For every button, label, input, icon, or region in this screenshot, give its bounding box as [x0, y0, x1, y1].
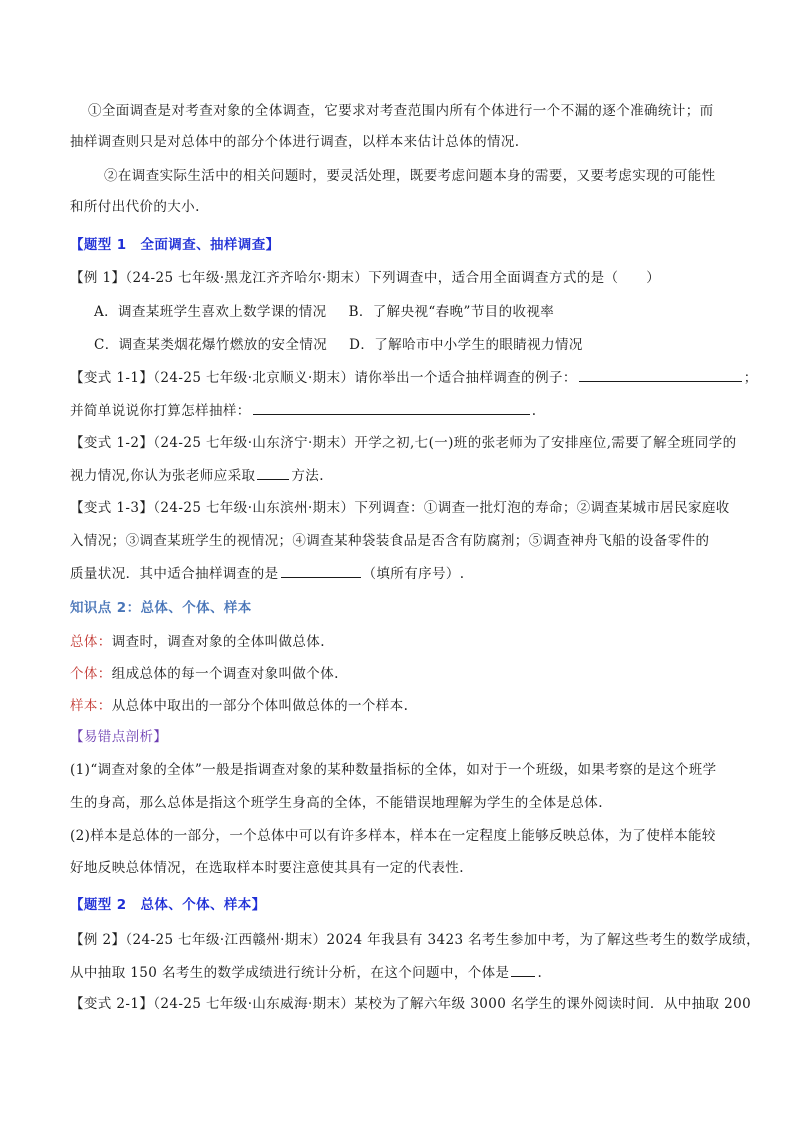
example-2-line-1: 【例 2】（24-25 七年级·江西赣州·期末）2024 年我县有 3423 名… [70, 930, 730, 950]
definition-text: 调查时，调查对象的全体叫做总体. [112, 634, 325, 650]
variant-1-3-text: （24-25 七年级·山东滨州·期末）下列调查：①调查一批灯泡的寿命；②调查某城… [153, 500, 729, 516]
example-2-label: 【例 2】 [70, 932, 125, 948]
example-2-text-2: 从中抽取 150 名考生的数学成绩进行统计分析，在这个问题中，个体是 [70, 965, 509, 981]
variant-2-1-text: （24-25 七年级·山东威海·期末）某校为了解六年级 3000 名学生的课外阅… [153, 996, 751, 1012]
term-individual: 个体： [70, 666, 112, 682]
definition-individual: 个体：组成总体的每一个调查对象叫做个体. [70, 664, 730, 684]
example-1: 【例 1】（24-25 七年级·黑龙江齐齐哈尔·期末）下列调查中，适合用全面调查… [70, 268, 730, 288]
variant-1-3-line-1: 【变式 1-3】（24-25 七年级·山东滨州·期末）下列调查：①调查一批灯泡的… [70, 498, 730, 518]
pitfall-heading: 【易错点剖析】 [70, 727, 730, 747]
intro-paragraph-2-line-1: ②在调查实际生活中的相关问题时，要灵活处理，既要考虑问题本身的需要，又要考虑实现… [104, 166, 764, 186]
answer-blank[interactable] [257, 465, 289, 480]
variant-1-2-text-2: 视力情况,你认为张老师应采取 [70, 468, 255, 484]
section-heading-type-1: 【题型 1 全面调查、抽样调查】 [70, 235, 730, 255]
section-heading-type-2: 【题型 2 总体、个体、样本】 [70, 895, 730, 915]
example-2-line-2: 从中抽取 150 名考生的数学成绩进行统计分析，在这个问题中，个体是. [70, 962, 730, 983]
punctuation: ； [744, 370, 758, 386]
variant-1-1-text: （24-25 七年级·北京顺义·期末）请你举出一个适合抽样调查的例子： [153, 370, 577, 386]
definition-sample: 样本：从总体中取出的一部分个体叫做总体的一个样本. [70, 696, 730, 716]
term-sample: 样本： [70, 698, 112, 714]
pitfall-2-line-1: (2)样本是总体的一部分，一个总体中可以有许多样本，样本在一定程度上能够反映总体… [70, 826, 730, 846]
example-1-label: 【例 1】 [70, 270, 125, 286]
pitfall-1-line-2: 生的身高，那么总体是指这个班学生身高的全体，不能错误地理解为学生的全体是总体. [70, 793, 730, 813]
variant-1-3-text-end: （填所有序号）. [363, 566, 465, 582]
punctuation: . [532, 403, 537, 419]
answer-blank[interactable] [281, 563, 361, 578]
variant-1-1-line-2: 并简单说说你打算怎样抽样：. [70, 400, 730, 421]
intro-paragraph-1-line-2: 抽样调查则只是对总体中的部分个体进行调查，以样本来估计总体的情况. [70, 132, 730, 152]
variant-2-1-label: 【变式 2-1】 [70, 996, 153, 1012]
example-1-options-row-2: C．调查某类烟花爆竹燃放的安全情况D．了解哈市中小学生的眼睛视力情况 [94, 335, 754, 355]
answer-blank[interactable] [511, 962, 535, 977]
variant-1-3-label: 【变式 1-3】 [70, 500, 153, 516]
option-c: C．调查某类烟花爆竹燃放的安全情况 [94, 337, 327, 353]
variant-1-3-text-3: 质量状况．其中适合抽样调查的是 [70, 566, 279, 582]
answer-blank[interactable] [253, 400, 530, 415]
knowledge-point-2-heading: 知识点 2：总体、个体、样本 [70, 598, 730, 618]
answer-blank[interactable] [579, 367, 742, 382]
variant-1-2-label: 【变式 1-2】 [70, 435, 153, 451]
example-2-text: （24-25 七年级·江西赣州·期末）2024 年我县有 3423 名考生参加中… [125, 932, 760, 948]
definition-text: 从总体中取出的一部分个体叫做总体的一个样本. [112, 698, 409, 714]
definition-text: 组成总体的每一个调查对象叫做个体. [112, 666, 339, 682]
example-1-text: （24-25 七年级·黑龙江齐齐哈尔·期末）下列调查中，适合用全面调查方式的是（… [125, 270, 660, 286]
definition-population: 总体：调查时，调查对象的全体叫做总体. [70, 632, 730, 652]
option-a: A．调查某班学生喜欢上数学课的情况 [94, 304, 327, 320]
variant-1-2-line-1: 【变式 1-2】（24-25 七年级·山东济宁·期末）开学之初,七(一)班的张老… [70, 433, 730, 453]
intro-paragraph-1-line-1: ①全面调查是对考查对象的全体调查，它要求对考查范围内所有个体进行一个不漏的逐个准… [88, 101, 748, 121]
term-population: 总体： [70, 634, 112, 650]
document-page: ①全面调查是对考查对象的全体调查，它要求对考查范围内所有个体进行一个不漏的逐个准… [0, 0, 793, 1122]
variant-1-2-line-2: 视力情况,你认为张老师应采取方法. [70, 465, 730, 486]
variant-1-2-text: （24-25 七年级·山东济宁·期末）开学之初,七(一)班的张老师为了安排座位,… [153, 435, 736, 451]
variant-1-1-label: 【变式 1-1】 [70, 370, 153, 386]
option-d: D．了解哈市中小学生的眼睛视力情况 [349, 337, 583, 353]
variant-1-3-line-3: 质量状况．其中适合抽样调查的是（填所有序号）. [70, 563, 730, 584]
pitfall-1-line-1: (1)“调查对象的全体”一般是指调查对象的某种数量指标的全体，如对于一个班级，如… [70, 760, 730, 780]
variant-1-1-text-2: 并简单说说你打算怎样抽样： [70, 403, 251, 419]
example-1-options-row-1: A．调查某班学生喜欢上数学课的情况B．了解央视“春晚”节目的收视率 [94, 302, 754, 322]
pitfall-2-line-2: 好地反映总体情况，在选取样本时要注意使其具有一定的代表性. [70, 858, 730, 878]
punctuation: . [537, 965, 542, 981]
intro-paragraph-2-line-2: 和所付出代价的大小. [70, 197, 730, 217]
variant-1-3-line-2: 入情况；③调查某班学生的视情况；④调查某种袋装食品是否含有防腐剂；⑤调查神舟飞船… [70, 531, 730, 551]
option-b: B．了解央视“春晚”节目的收视率 [349, 304, 555, 320]
variant-2-1-line-1: 【变式 2-1】（24-25 七年级·山东威海·期末）某校为了解六年级 3000… [70, 994, 730, 1014]
variant-1-2-text-end: 方法. [291, 468, 324, 484]
variant-1-1-line-1: 【变式 1-1】（24-25 七年级·北京顺义·期末）请你举出一个适合抽样调查的… [70, 367, 730, 388]
